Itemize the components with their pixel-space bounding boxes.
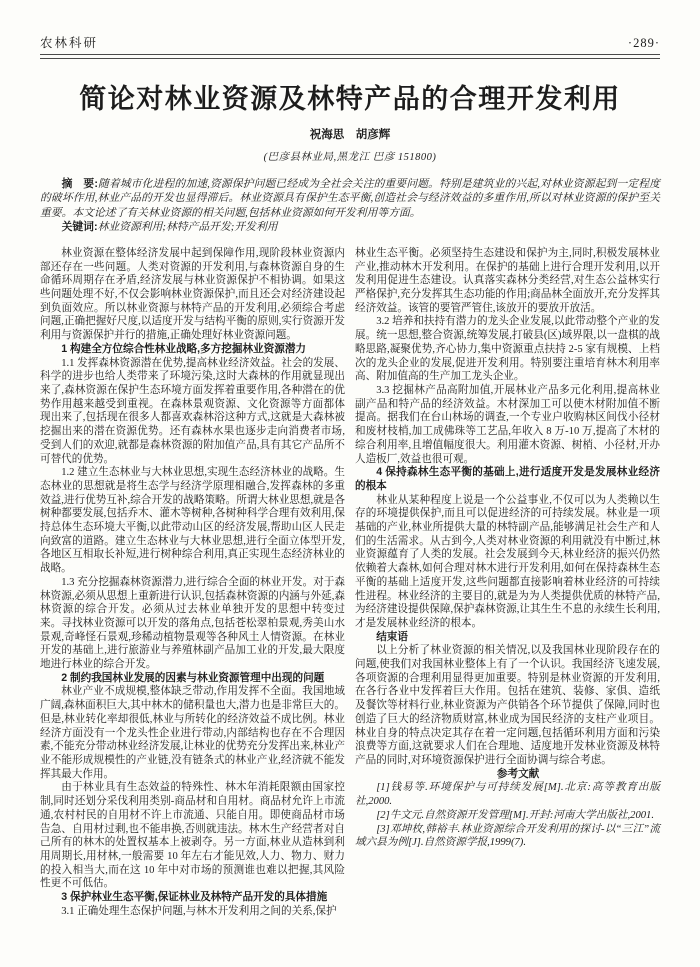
article-title: 简论对林业资源及林特产品的合理开发利用 bbox=[40, 83, 660, 115]
section-4-heading: 4 保持森林生态平衡的基础上,进行适度开发是发展林业经济的根本 bbox=[355, 466, 660, 493]
abstract-label: 摘 要: bbox=[62, 178, 98, 190]
paragraph-3-1: 3.1 正确处理生态保护问题,与林木开发利用之间的关系,保护 bbox=[40, 905, 345, 919]
references-heading: 参考文献 bbox=[355, 768, 660, 782]
reference-item-3: [3]邓坤枚,韩裕丰.林业资源综合开发利用的探讨-以“三江”流域六县为例[J].… bbox=[355, 823, 660, 850]
paragraph-1-1: 1.1 发挥森林资源潜在优势,提高林业经济效益。社会的发展、科学的进步也给人类带… bbox=[40, 357, 345, 467]
page-number: ·289· bbox=[628, 36, 660, 50]
section-3-heading: 3 保护林业生态平衡,保证林业及林特产品开发的具体措施 bbox=[40, 891, 345, 905]
paragraph-1-2: 1.2 建立生态林业与大林业思想,实现生态经济林业的战略。生态林业的思想就是将生… bbox=[40, 466, 345, 576]
journal-section-label: 农林科研 bbox=[40, 36, 98, 50]
paragraph-2-2: 由于林业具有生态效益的特殊性、林木年消耗限额由国家控制,同时还划分采伐利用类别-… bbox=[40, 781, 345, 891]
journal-page: 农林科研 ·289· 简论对林业资源及林特产品的合理开发利用 祝海思 胡彦辉 (… bbox=[0, 0, 700, 967]
header-rule bbox=[40, 54, 660, 59]
right-column: 林业生态平衡。必须坚持生态建设和保护为主,同时,积极发展林业产业,推动林木开发利… bbox=[355, 247, 660, 918]
authors: 祝海思 胡彦辉 bbox=[40, 126, 660, 142]
keywords-paragraph: 关键词:林业资源利用;林特产品开发;开发利用 bbox=[40, 220, 660, 235]
abstract-text: 随着城市化进程的加速,资源保护问题已经成为全社会关注的重要问题。特别是建筑业的兴… bbox=[40, 178, 660, 219]
paragraph-3-3: 3.3 挖掘林产品高附加值,开展林业产品多元化利用,提高林业副产品和特产品的经济… bbox=[355, 384, 660, 466]
paragraph-3-1-continued: 林业生态平衡。必须坚持生态建设和保护为主,同时,积极发展林业产业,推动林木开发利… bbox=[355, 247, 660, 316]
article-body: 林业资源在整体经济发展中起到保障作用,现阶段林业资源内部还存在一些问题。人类对资… bbox=[40, 247, 660, 918]
abstract-paragraph: 摘 要:随着城市化进程的加速,资源保护问题已经成为全社会关注的重要问题。特别是建… bbox=[40, 177, 660, 221]
reference-item-1: [1]钱易等.环境保护与可持续发展[M].北京:高等教育出版社,2000. bbox=[355, 781, 660, 808]
section-2-heading: 2 制约我国林业发展的因素与林业资源管理中出现的问题 bbox=[40, 672, 345, 686]
intro-paragraph: 林业资源在整体经济发展中起到保障作用,现阶段林业资源内部还存在一些问题。人类对资… bbox=[40, 247, 345, 343]
paragraph-1-3: 1.3 充分挖掘森林资源潜力,进行综合全面的林业开发。对于森林资源,必须从思想上… bbox=[40, 576, 345, 672]
paragraph-2-1: 林业产业不成规模,整体缺乏带动,作用发挥不全面。我国地域广阔,森林面积巨大,其中… bbox=[40, 685, 345, 781]
abstract-section: 摘 要:随着城市化进程的加速,资源保护问题已经成为全社会关注的重要问题。特别是建… bbox=[40, 177, 660, 235]
keywords-text: 林业资源利用;林特产品开发;开发利用 bbox=[98, 221, 278, 233]
conclusion-paragraph: 以上分析了林业资源的相关情况,以及我国林业现阶段存在的问题,使我们对我国林业整体… bbox=[355, 644, 660, 767]
paragraph-3-2: 3.2 培养和扶持有潜力的龙头企业发展,以此带动整个产业的发展。统一思想,整合资… bbox=[355, 315, 660, 384]
keywords-label: 关键词: bbox=[62, 221, 98, 233]
conclusion-heading: 结束语 bbox=[355, 631, 660, 645]
page-header: 农林科研 ·289· bbox=[40, 36, 660, 50]
reference-item-2: [2]牛文元.自然资源开发管理[M].开封:河南大学出版社,2001. bbox=[355, 809, 660, 823]
section-1-heading: 1 构建全方位综合性林业战略,多方挖掘林业资源潜力 bbox=[40, 343, 345, 357]
paragraph-4-1: 林业从某种程度上说是一个公益事业,不仅可以为人类赖以生存的环境提供保护,而且可以… bbox=[355, 494, 660, 631]
left-column: 林业资源在整体经济发展中起到保障作用,现阶段林业资源内部还存在一些问题。人类对资… bbox=[40, 247, 345, 918]
affiliation: (巴彦县林业局,黑龙江 巴彦 151800) bbox=[40, 149, 660, 164]
